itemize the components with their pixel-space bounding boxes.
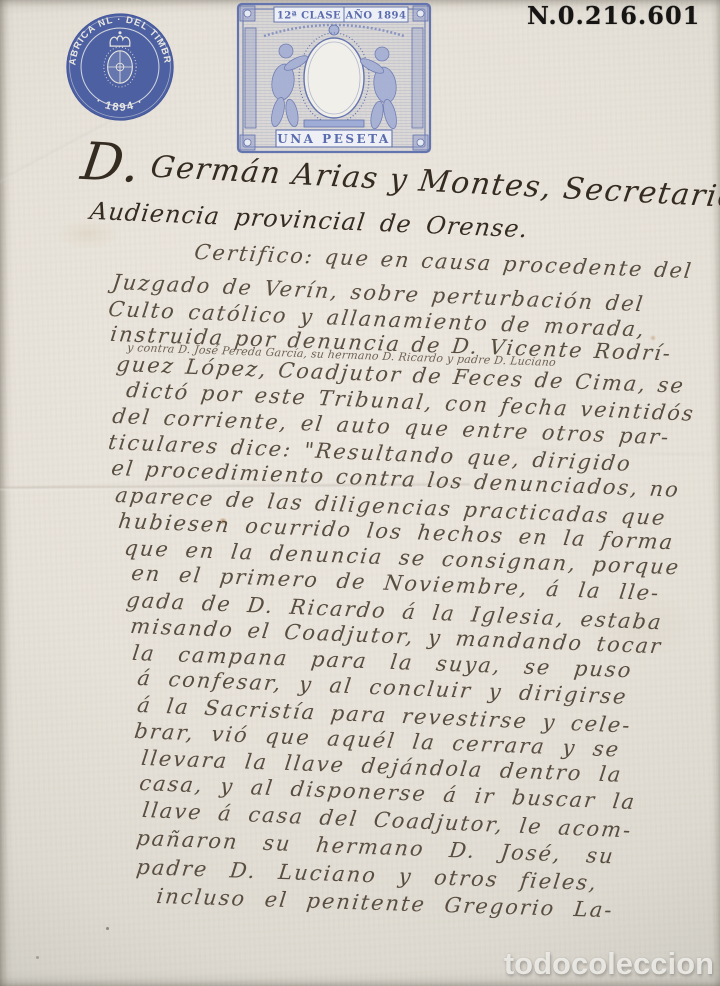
stamp-class-label: 12ª CLASE xyxy=(277,11,341,22)
serial-number: N.0.216.601 xyxy=(527,1,700,30)
fiscal-stamp: 12ª CLASE AÑO 1894 UN xyxy=(236,2,432,154)
todocoleccion-watermark: todocoleccion xyxy=(504,946,714,982)
heading-initial: D. xyxy=(78,132,146,195)
stamp-value-label: UNA PESETA xyxy=(277,132,391,146)
fabrica-del-timbre-seal-icon: FABRICA NL · DEL TIMBRE · 1894 · xyxy=(63,10,177,124)
stamp-year-label: AÑO 1894 xyxy=(345,10,407,22)
ink-speck xyxy=(106,927,109,930)
ink-speck xyxy=(36,956,39,959)
document-photo: N.0.216.601 FABRICA NL · DEL TIMBRE · 18… xyxy=(0,0,720,986)
pedestal-ornament xyxy=(304,120,364,127)
